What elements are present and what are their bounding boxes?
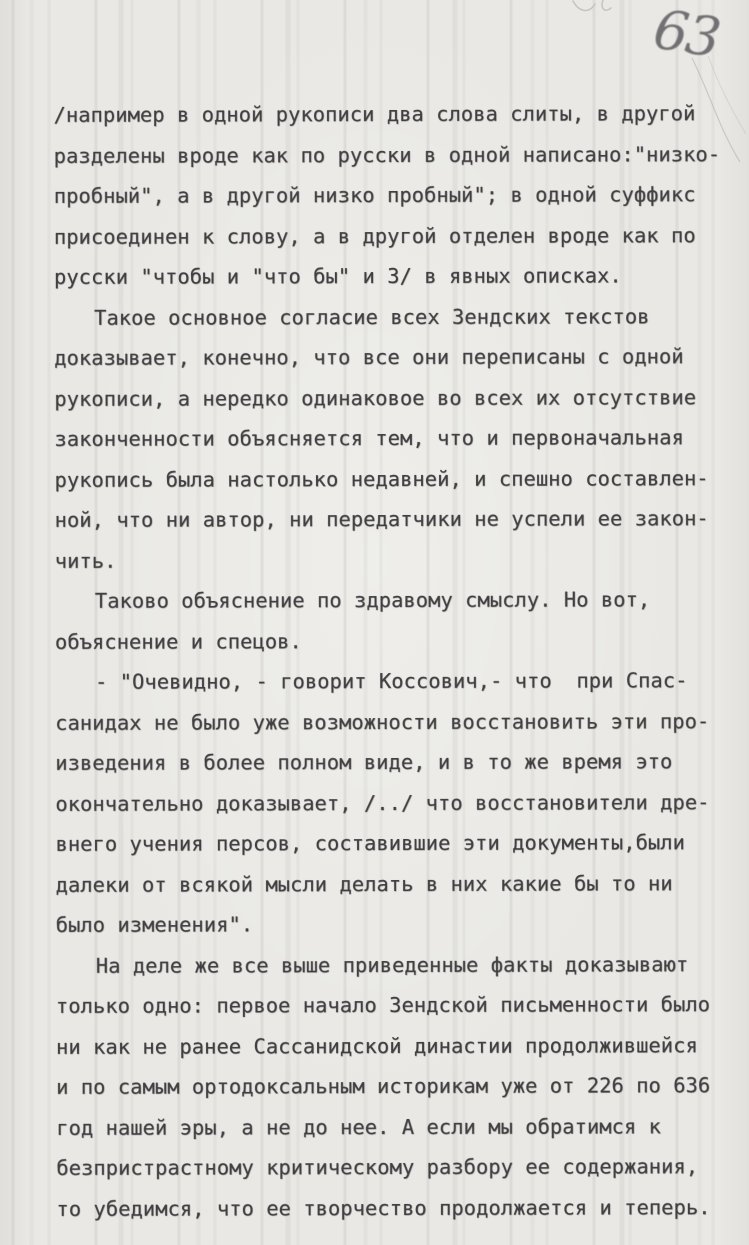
text-line: ной, что ни автор, ни передатчики не усп… [55, 498, 735, 540]
text-line: окончательно доказывает, /../ что восста… [55, 782, 735, 824]
text-line: то убедимся, что ее творчество продолжае… [56, 1187, 736, 1229]
text-line: разделены вроде как по русски в одной на… [54, 134, 734, 176]
text-line: безпристрастному критическому разбору ее… [56, 1146, 736, 1188]
text-line: Таково объяснение по здравому смыслу. Но… [55, 579, 735, 621]
text-line: /например в одной рукописи два слова сли… [54, 93, 734, 135]
text-line: чить. [55, 539, 735, 581]
text-line: далеки от всякой мысли делать в них каки… [56, 863, 736, 905]
text-line: На деле же все выше приведенные факты до… [56, 944, 736, 986]
text-line: рукопись была настолько недавней, и спеш… [54, 458, 734, 500]
text-line: пробный", а в другой низко пробный"; в о… [54, 174, 734, 216]
text-line: рукописи, а нередко одинаковое во всех и… [54, 377, 734, 419]
text-line: законченности объясняется тем, что и пер… [54, 417, 734, 459]
text-line: изведения в более полном виде, и в то же… [55, 741, 735, 783]
pencil-smudge-mark [545, 0, 655, 28]
text-block: /например в одной рукописи два слова сли… [54, 93, 737, 1229]
text-line: год нашей эры, а не до нее. А если мы об… [56, 1106, 736, 1148]
page-number: 63 [650, 0, 724, 70]
text-line: было изменения". [56, 903, 736, 945]
text-line: ни как не ранее Сассанидской династии пр… [56, 1025, 736, 1067]
text-line: внего учения персов, составившие эти док… [55, 822, 735, 864]
text-line: - "Очевидно, - говорит Коссович,- что пр… [55, 660, 735, 702]
text-line: Такое основное согласие всех Зендских те… [54, 296, 734, 338]
text-line: доказывает, конечно, что все они перепис… [54, 336, 734, 378]
text-line: только одно: первое начало Зендской пись… [56, 984, 736, 1026]
text-line: русски "чтобы и "что бы" и 3/ в явных оп… [54, 255, 734, 297]
text-line: и по самым ортодоксальным историкам уже … [56, 1065, 736, 1107]
text-line: объяснение и спецов. [55, 620, 735, 662]
scanned-page: 63 /например в одной рукописи два слова … [0, 0, 749, 1245]
text-line: санидах не было уже возможности восстано… [55, 701, 735, 743]
text-line: присоединен к слову, а в другой отделен … [54, 215, 734, 257]
